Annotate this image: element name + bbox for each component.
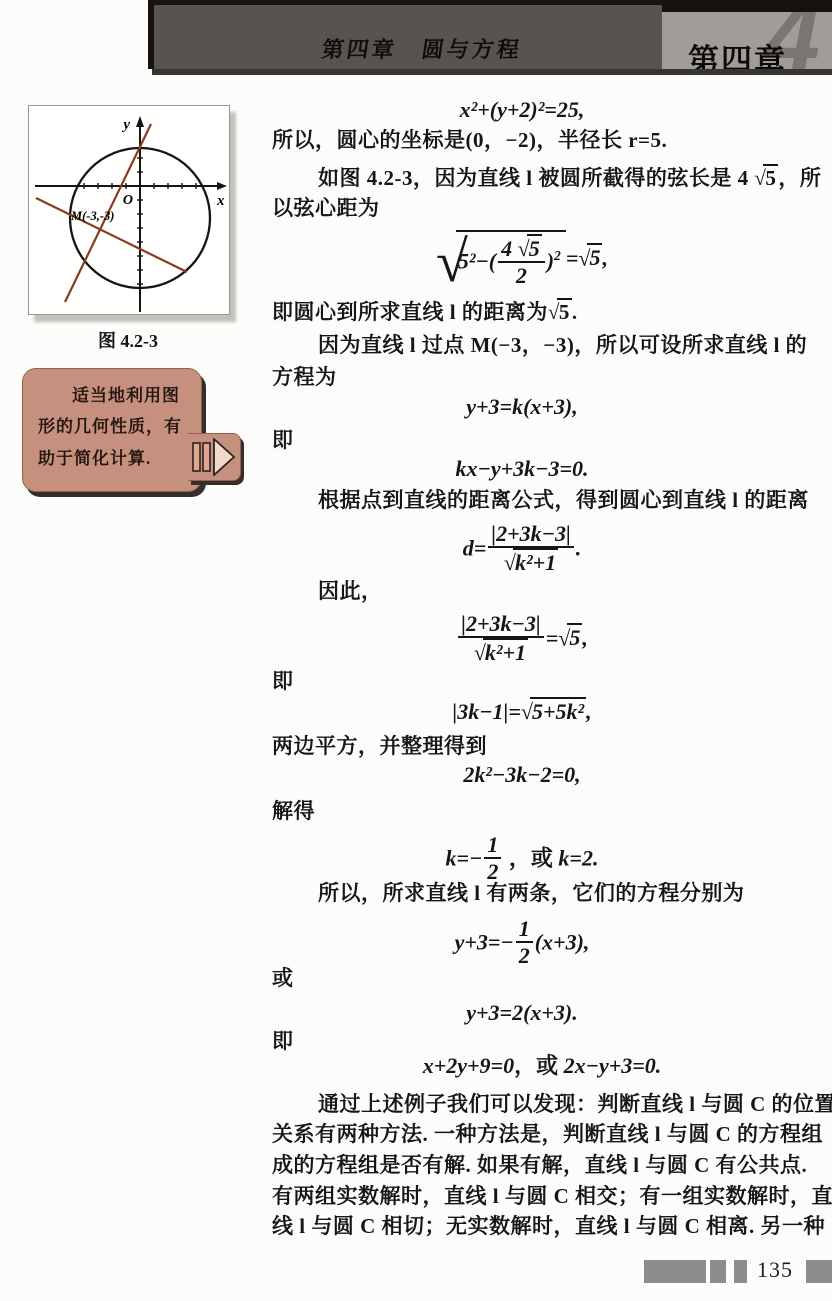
formula-point-slope: y+3=k(x+3), [272,394,772,420]
x-axis-label: x [216,193,225,209]
origin-label: O [123,193,133,208]
figure-box: y x O M(-3,-3) [28,105,230,315]
circle-line-plot: y x O M(-3,-3) [29,106,229,314]
footer-bar [644,1260,706,1283]
arrow-right-icon [191,438,237,476]
formula-line-1: y+3=−12(x+3), [272,918,772,971]
body-line: 即 [272,1029,294,1054]
formula-circle-eq: x²+(y+2)²=25, [272,97,772,123]
body-line: 如图 4.2-3，因为直线 l 被圆所截得的弦长是 4 √5，所 [318,164,821,191]
body-line: 关系有两种方法. 一种方法是，判断直线 l 与圆 C 的方程组 [272,1122,823,1147]
formula-quadratic: 2k²−3k−2=0, [272,762,772,788]
body-line: 因此， [318,579,383,604]
formula-k-values: k=−12 ，或 k=2. [272,834,772,887]
note-arrow-tab [188,433,241,481]
body-line: 线 l 与圆 C 相切；无实数解时，直线 l 与圆 C 相离. 另一种 [272,1214,825,1239]
formula-line-2: y+3=2(x+3). [272,1000,772,1026]
body-line: 所以，所求直线 l 有两条，它们的方程分别为 [318,881,744,906]
body-line: 即 [272,428,294,453]
body-line: 即圆心到所求直线 l 的距离为√5. [272,298,578,325]
formula-chord-distance: √5²−(4 √52)2=√5, [272,230,772,291]
body-line: 或 [272,966,294,991]
chapter-label: 第四章 [688,35,787,69]
body-line: 以弦心距为 [272,196,380,221]
margin-note-text: 适当地利用图形的几何性质，有助于简化计算. [38,380,189,474]
body-line: 方程为 [272,365,337,390]
formula-distance-eq: |2+3k−3|√k²+1=√5, [272,613,772,668]
point-m-label: M(-3,-3) [70,209,114,223]
running-title: 第四章 圆与方程 [320,33,524,64]
footer-square [710,1260,726,1283]
body-line: 即 [272,669,294,694]
body-line: 有两组实数解时，直线 l 与圆 C 相交；有一组实数解时，直 [272,1184,832,1209]
footer-bar [806,1260,832,1283]
chapter-tab: 4 第四章 [662,5,832,69]
margin-note: 适当地利用图形的几何性质，有助于简化计算. [22,368,202,492]
body-line: 通过上述例子我们可以发现：判断直线 l 与圆 C 的位置 [318,1092,832,1117]
body-line: 两边平方，并整理得到 [272,734,487,759]
sqrt-icon: √ [436,229,468,294]
chapter-banner: 第四章 圆与方程 4 第四章 [148,0,832,69]
page-number: 135 [757,1257,793,1283]
body-line: 所以，圆心的坐标是(0，−2)，半径长 r=5. [272,128,667,153]
formula-two-lines: x+2y+9=0，或 2x−y+3=0. [272,1053,812,1079]
formula-distance-d: d=|2+3k−3|√k²+1. [272,523,772,578]
formula-abs-eq: |3k−1|=√5+5k², [272,697,772,725]
body-line: 成的方程组是否有解. 如果有解，直线 l 与圆 C 有公共点. [272,1153,807,1178]
textbook-page: 第四章 圆与方程 4 第四章 [0,0,832,1301]
footer-square [734,1260,747,1283]
figure-caption: 图 4.2-3 [28,327,228,353]
body-line: 因为直线 l 过点 M(−3，−3)，所以可设所求直线 l 的 [318,333,807,358]
y-axis-label: y [121,117,130,133]
formula-general-line: kx−y+3k−3=0. [272,456,772,482]
body-line: 根据点到直线的距离公式，得到圆心到直线 l 的距离 [318,488,809,513]
body-line: 解得 [272,799,315,824]
